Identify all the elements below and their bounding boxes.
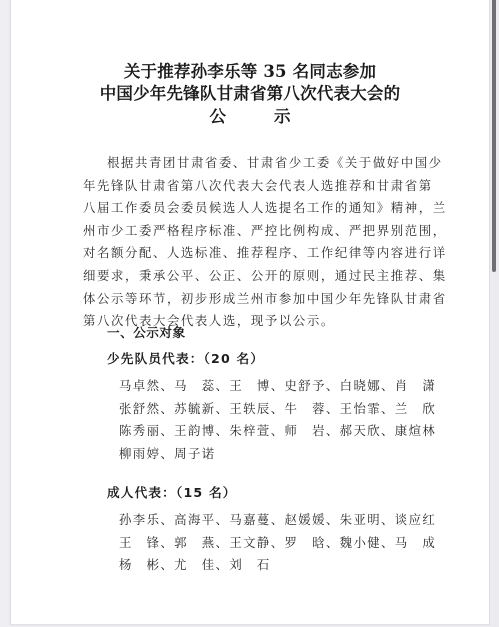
paragraph-line: 对名额分配、人选标准、推荐程序、工作纪律等内容进行详 — [83, 242, 433, 265]
name-row: 孙李乐、高海平、马嘉蔓、赵媛媛、朱亚明、谈应红 — [119, 509, 436, 532]
name-row: 王 锋、郭 燕、王文静、罗 晗、魏小健、马 成 — [119, 532, 436, 555]
name-row: 柳雨婷、周子诺 — [119, 443, 436, 466]
paragraph-line: 年先锋队甘肃省第八次代表大会代表人选推荐和甘肃省第 — [83, 175, 433, 198]
section-heading: 一、公示对象 — [107, 322, 186, 341]
title-line-1: 关于推荐孙李乐等 35 名同志参加 — [11, 58, 489, 82]
adult-reps-heading: 成人代表：（15 名） — [107, 482, 237, 501]
scrollbar-thumb[interactable] — [492, 0, 496, 272]
document-page: 关于推荐孙李乐等 35 名同志参加 中国少年先锋队甘肃省第八次代表大会的 公示 … — [10, 0, 490, 625]
paragraph-line: 州市少工委严格程序标准、严控比例构成、严把界别范围， — [83, 220, 433, 243]
name-row: 马卓然、马 蕊、王 博、史舒予、白晓娜、肖 潇 — [119, 375, 436, 398]
young-pioneer-reps-list: 马卓然、马 蕊、王 博、史舒予、白晓娜、肖 潇 张舒然、苏毓新、王轶辰、牛 蓉、… — [119, 375, 436, 465]
title-line-3: 公示 — [11, 103, 489, 127]
intro-paragraph: 根据共青团甘肃省委、甘肃省少工委《关于做好中国少 年先锋队甘肃省第八次代表大会代… — [83, 152, 433, 333]
adult-reps-list: 孙李乐、高海平、马嘉蔓、赵媛媛、朱亚明、谈应红 王 锋、郭 燕、王文静、罗 晗、… — [119, 509, 436, 577]
title-word-1: 公 — [210, 103, 227, 127]
young-pioneer-reps-heading: 少先队员代表：（20 名） — [107, 348, 264, 367]
paragraph-line: 细要求，秉承公平、公正、公开的原则，通过民主推荐、集 — [83, 265, 433, 288]
paragraph-line: 根据共青团甘肃省委、甘肃省少工委《关于做好中国少 — [83, 152, 433, 175]
name-row: 张舒然、苏毓新、王轶辰、牛 蓉、王怡霏、兰 欣 — [119, 398, 436, 421]
title-line-2: 中国少年先锋队甘肃省第八次代表大会的 — [11, 80, 489, 104]
paragraph-line: 体公示等环节，初步形成兰州市参加中国少年先锋队甘肃省 — [83, 288, 433, 311]
paragraph-line: 八届工作委员会委员候选人人选提名工作的通知》精神，兰 — [83, 197, 433, 220]
vertical-scrollbar[interactable] — [490, 0, 499, 627]
title-word-2: 示 — [274, 103, 291, 127]
name-row: 陈秀丽、王韵博、朱梓萱、师 岩、郝天欣、康煊林 — [119, 420, 436, 443]
name-row: 杨 彬、尤 佳、刘 石 — [119, 554, 436, 577]
